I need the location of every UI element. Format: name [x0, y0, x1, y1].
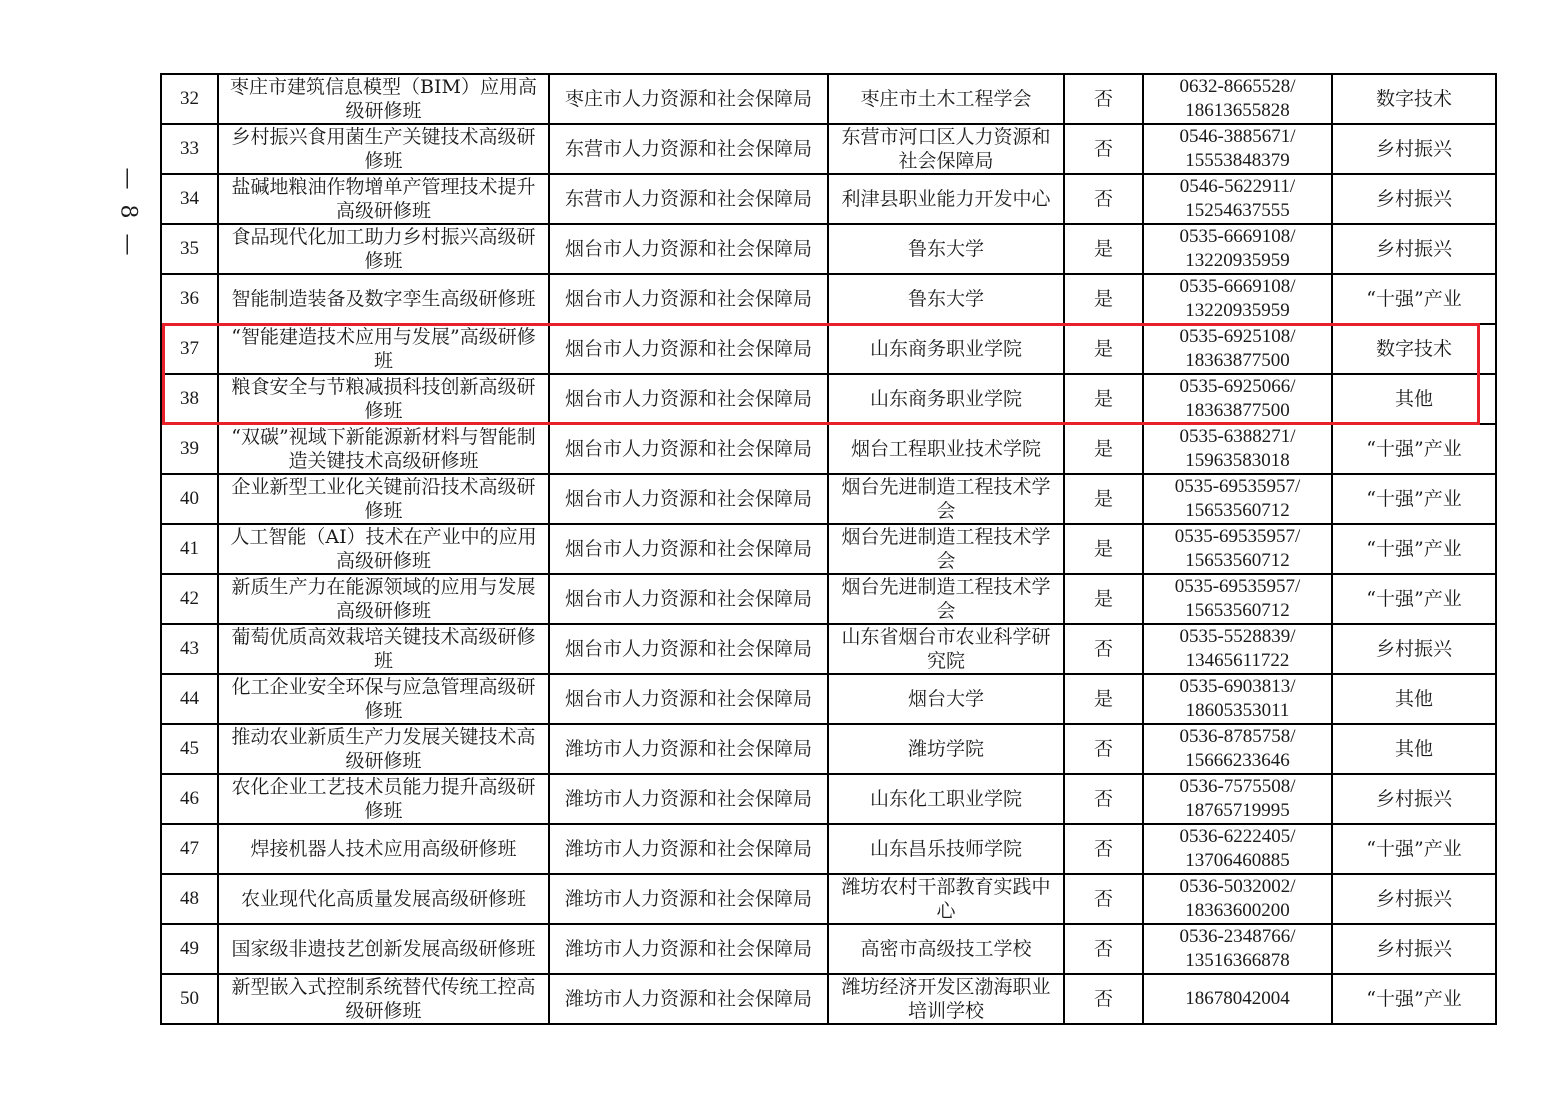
organizer-cell: 枣庄市人力资源和社会保障局	[549, 74, 828, 124]
organizer-cell: 烟台市人力资源和社会保障局	[549, 224, 828, 274]
class-name-cell: 新质生产力在能源领域的应用与发展高级研修班	[218, 574, 549, 624]
class-name-cell: 粮食安全与节粮减损科技创新高级研修班	[218, 374, 549, 424]
table-row: 50新型嵌入式控制系统替代传统工控高级研修班潍坊市人力资源和社会保障局潍坊经济开…	[161, 974, 1496, 1024]
host-unit-cell: 潍坊经济开发区渤海职业培训学校	[828, 974, 1064, 1024]
table-row: 34盐碱地粮油作物增单产管理技术提升高级研修班东营市人力资源和社会保障局利津县职…	[161, 174, 1496, 224]
host-unit-cell: 东营市河口区人力资源和社会保障局	[828, 124, 1064, 174]
organizer-cell: 烟台市人力资源和社会保障局	[549, 674, 828, 724]
contact-phone-cell: 0535-5528839/ 13465611722	[1143, 624, 1332, 674]
flag-cell: 是	[1064, 574, 1143, 624]
category-cell: 数字技术	[1332, 324, 1496, 374]
contact-phone-cell: 0546-5622911/ 15254637555	[1143, 174, 1332, 224]
category-cell: “十强”产业	[1332, 474, 1496, 524]
host-unit-cell: 山东昌乐技师学院	[828, 824, 1064, 874]
organizer-cell: 烟台市人力资源和社会保障局	[549, 624, 828, 674]
class-name-cell: “双碳”视域下新能源新材料与智能制造关键技术高级研修班	[218, 424, 549, 474]
class-name-cell: 枣庄市建筑信息模型（BIM）应用高级研修班	[218, 74, 549, 124]
row-number-cell: 44	[161, 674, 218, 724]
class-name-cell: 乡村振兴食用菌生产关键技术高级研修班	[218, 124, 549, 174]
category-cell: 乡村振兴	[1332, 924, 1496, 974]
contact-phone-cell: 0535-6925066/ 18363877500	[1143, 374, 1332, 424]
contact-phone-cell: 0535-6388271/ 15963583018	[1143, 424, 1332, 474]
table-row: 47焊接机器人技术应用高级研修班潍坊市人力资源和社会保障局山东昌乐技师学院否05…	[161, 824, 1496, 874]
organizer-cell: 东营市人力资源和社会保障局	[549, 174, 828, 224]
flag-cell: 是	[1064, 274, 1143, 324]
class-name-cell: 新型嵌入式控制系统替代传统工控高级研修班	[218, 974, 549, 1024]
host-unit-cell: 枣庄市土木工程学会	[828, 74, 1064, 124]
organizer-cell: 潍坊市人力资源和社会保障局	[549, 874, 828, 924]
class-name-cell: 食品现代化加工助力乡村振兴高级研修班	[218, 224, 549, 274]
organizer-cell: 烟台市人力资源和社会保障局	[549, 424, 828, 474]
flag-cell: 是	[1064, 374, 1143, 424]
row-number-cell: 41	[161, 524, 218, 574]
host-unit-cell: 鲁东大学	[828, 274, 1064, 324]
contact-phone-cell: 0536-7575508/ 18765719995	[1143, 774, 1332, 824]
category-cell: 其他	[1332, 374, 1496, 424]
organizer-cell: 东营市人力资源和社会保障局	[549, 124, 828, 174]
contact-phone-cell: 0535-6669108/ 13220935959	[1143, 274, 1332, 324]
row-number-cell: 39	[161, 424, 218, 474]
table-row: 35食品现代化加工助力乡村振兴高级研修班烟台市人力资源和社会保障局鲁东大学是05…	[161, 224, 1496, 274]
row-number-cell: 45	[161, 724, 218, 774]
class-name-cell: 人工智能（AI）技术在产业中的应用高级研修班	[218, 524, 549, 574]
row-number-cell: 36	[161, 274, 218, 324]
contact-phone-cell: 0535-69535957/ 15653560712	[1143, 574, 1332, 624]
row-number-cell: 50	[161, 974, 218, 1024]
table-row: 43葡萄优质高效栽培关键技术高级研修班烟台市人力资源和社会保障局山东省烟台市农业…	[161, 624, 1496, 674]
flag-cell: 否	[1064, 624, 1143, 674]
class-name-cell: 盐碱地粮油作物增单产管理技术提升高级研修班	[218, 174, 549, 224]
organizer-cell: 潍坊市人力资源和社会保障局	[549, 774, 828, 824]
class-name-cell: 农业现代化高质量发展高级研修班	[218, 874, 549, 924]
table-row: 48农业现代化高质量发展高级研修班潍坊市人力资源和社会保障局潍坊农村干部教育实践…	[161, 874, 1496, 924]
flag-cell: 是	[1064, 674, 1143, 724]
contact-phone-cell: 0546-3885671/ 15553848379	[1143, 124, 1332, 174]
host-unit-cell: 烟台大学	[828, 674, 1064, 724]
organizer-cell: 潍坊市人力资源和社会保障局	[549, 974, 828, 1024]
contact-phone-cell: 0536-6222405/ 13706460885	[1143, 824, 1332, 874]
table-row: 45推动农业新质生产力发展关键技术高级研修班潍坊市人力资源和社会保障局潍坊学院否…	[161, 724, 1496, 774]
organizer-cell: 烟台市人力资源和社会保障局	[549, 474, 828, 524]
host-unit-cell: 潍坊农村干部教育实践中心	[828, 874, 1064, 924]
host-unit-cell: 烟台先进制造工程技术学会	[828, 574, 1064, 624]
contact-phone-cell: 0536-5032002/ 18363600200	[1143, 874, 1332, 924]
contact-phone-cell: 18678042004	[1143, 974, 1332, 1024]
table-row: 38粮食安全与节粮减损科技创新高级研修班烟台市人力资源和社会保障局山东商务职业学…	[161, 374, 1496, 424]
flag-cell: 是	[1064, 474, 1143, 524]
row-number-cell: 42	[161, 574, 218, 624]
flag-cell: 否	[1064, 774, 1143, 824]
contact-phone-cell: 0535-6669108/ 13220935959	[1143, 224, 1332, 274]
flag-cell: 是	[1064, 524, 1143, 574]
host-unit-cell: 山东商务职业学院	[828, 324, 1064, 374]
contact-phone-cell: 0535-6903813/ 18605353011	[1143, 674, 1332, 724]
flag-cell: 是	[1064, 324, 1143, 374]
flag-cell: 否	[1064, 724, 1143, 774]
flag-cell: 否	[1064, 124, 1143, 174]
row-number-cell: 33	[161, 124, 218, 174]
row-number-cell: 43	[161, 624, 218, 674]
table-row: 39“双碳”视域下新能源新材料与智能制造关键技术高级研修班烟台市人力资源和社会保…	[161, 424, 1496, 474]
organizer-cell: 潍坊市人力资源和社会保障局	[549, 924, 828, 974]
host-unit-cell: 鲁东大学	[828, 224, 1064, 274]
category-cell: 乡村振兴	[1332, 224, 1496, 274]
table-row: 49国家级非遗技艺创新发展高级研修班潍坊市人力资源和社会保障局高密市高级技工学校…	[161, 924, 1496, 974]
class-name-cell: 农化企业工艺技术员能力提升高级研修班	[218, 774, 549, 824]
flag-cell: 否	[1064, 874, 1143, 924]
table-row: 44化工企业安全环保与应急管理高级研修班烟台市人力资源和社会保障局烟台大学是05…	[161, 674, 1496, 724]
table-body: 32枣庄市建筑信息模型（BIM）应用高级研修班枣庄市人力资源和社会保障局枣庄市土…	[161, 74, 1496, 1024]
host-unit-cell: 烟台先进制造工程技术学会	[828, 474, 1064, 524]
category-cell: 乡村振兴	[1332, 124, 1496, 174]
category-cell: “十强”产业	[1332, 574, 1496, 624]
table-row: 46农化企业工艺技术员能力提升高级研修班潍坊市人力资源和社会保障局山东化工职业学…	[161, 774, 1496, 824]
flag-cell: 否	[1064, 174, 1143, 224]
class-name-cell: 焊接机器人技术应用高级研修班	[218, 824, 549, 874]
host-unit-cell: 高密市高级技工学校	[828, 924, 1064, 974]
class-name-cell: 化工企业安全环保与应急管理高级研修班	[218, 674, 549, 724]
page-number-text: — 8 —	[116, 167, 141, 259]
flag-cell: 否	[1064, 824, 1143, 874]
row-number-cell: 46	[161, 774, 218, 824]
table-row: 42新质生产力在能源领域的应用与发展高级研修班烟台市人力资源和社会保障局烟台先进…	[161, 574, 1496, 624]
class-name-cell: 葡萄优质高效栽培关键技术高级研修班	[218, 624, 549, 674]
contact-phone-cell: 0535-6925108/ 18363877500	[1143, 324, 1332, 374]
flag-cell: 否	[1064, 74, 1143, 124]
organizer-cell: 烟台市人力资源和社会保障局	[549, 274, 828, 324]
table-row: 41人工智能（AI）技术在产业中的应用高级研修班烟台市人力资源和社会保障局烟台先…	[161, 524, 1496, 574]
row-number-cell: 37	[161, 324, 218, 374]
category-cell: 乡村振兴	[1332, 174, 1496, 224]
training-class-table: 32枣庄市建筑信息模型（BIM）应用高级研修班枣庄市人力资源和社会保障局枣庄市土…	[160, 73, 1497, 1025]
contact-phone-cell: 0536-8785758/ 15666233646	[1143, 724, 1332, 774]
organizer-cell: 潍坊市人力资源和社会保障局	[549, 724, 828, 774]
host-unit-cell: 山东化工职业学院	[828, 774, 1064, 824]
row-number-cell: 38	[161, 374, 218, 424]
flag-cell: 是	[1064, 424, 1143, 474]
flag-cell: 否	[1064, 924, 1143, 974]
class-name-cell: “智能建造技术应用与发展”高级研修班	[218, 324, 549, 374]
host-unit-cell: 烟台先进制造工程技术学会	[828, 524, 1064, 574]
row-number-cell: 40	[161, 474, 218, 524]
row-number-cell: 47	[161, 824, 218, 874]
row-number-cell: 35	[161, 224, 218, 274]
category-cell: 数字技术	[1332, 74, 1496, 124]
category-cell: “十强”产业	[1332, 524, 1496, 574]
table-row: 37“智能建造技术应用与发展”高级研修班烟台市人力资源和社会保障局山东商务职业学…	[161, 324, 1496, 374]
class-name-cell: 企业新型工业化关键前沿技术高级研修班	[218, 474, 549, 524]
page-number: — 8 —	[108, 168, 148, 258]
host-unit-cell: 山东商务职业学院	[828, 374, 1064, 424]
category-cell: 乡村振兴	[1332, 774, 1496, 824]
organizer-cell: 烟台市人力资源和社会保障局	[549, 574, 828, 624]
row-number-cell: 34	[161, 174, 218, 224]
flag-cell: 否	[1064, 974, 1143, 1024]
category-cell: 乡村振兴	[1332, 874, 1496, 924]
category-cell: “十强”产业	[1332, 424, 1496, 474]
host-unit-cell: 利津县职业能力开发中心	[828, 174, 1064, 224]
table-row: 40企业新型工业化关键前沿技术高级研修班烟台市人力资源和社会保障局烟台先进制造工…	[161, 474, 1496, 524]
category-cell: 乡村振兴	[1332, 624, 1496, 674]
row-number-cell: 49	[161, 924, 218, 974]
host-unit-cell: 烟台工程职业技术学院	[828, 424, 1064, 474]
table-row: 32枣庄市建筑信息模型（BIM）应用高级研修班枣庄市人力资源和社会保障局枣庄市土…	[161, 74, 1496, 124]
row-number-cell: 32	[161, 74, 218, 124]
flag-cell: 是	[1064, 224, 1143, 274]
category-cell: “十强”产业	[1332, 974, 1496, 1024]
class-name-cell: 智能制造装备及数字孪生高级研修班	[218, 274, 549, 324]
organizer-cell: 烟台市人力资源和社会保障局	[549, 524, 828, 574]
category-cell: “十强”产业	[1332, 824, 1496, 874]
class-name-cell: 推动农业新质生产力发展关键技术高级研修班	[218, 724, 549, 774]
contact-phone-cell: 0632-8665528/ 18613655828	[1143, 74, 1332, 124]
organizer-cell: 潍坊市人力资源和社会保障局	[549, 824, 828, 874]
class-name-cell: 国家级非遗技艺创新发展高级研修班	[218, 924, 549, 974]
table-row: 36智能制造装备及数字孪生高级研修班烟台市人力资源和社会保障局鲁东大学是0535…	[161, 274, 1496, 324]
table-row: 33乡村振兴食用菌生产关键技术高级研修班东营市人力资源和社会保障局东营市河口区人…	[161, 124, 1496, 174]
category-cell: “十强”产业	[1332, 274, 1496, 324]
contact-phone-cell: 0536-2348766/ 13516366878	[1143, 924, 1332, 974]
contact-phone-cell: 0535-69535957/ 15653560712	[1143, 474, 1332, 524]
host-unit-cell: 山东省烟台市农业科学研究院	[828, 624, 1064, 674]
organizer-cell: 烟台市人力资源和社会保障局	[549, 374, 828, 424]
contact-phone-cell: 0535-69535957/ 15653560712	[1143, 524, 1332, 574]
organizer-cell: 烟台市人力资源和社会保障局	[549, 324, 828, 374]
host-unit-cell: 潍坊学院	[828, 724, 1064, 774]
category-cell: 其他	[1332, 674, 1496, 724]
row-number-cell: 48	[161, 874, 218, 924]
category-cell: 其他	[1332, 724, 1496, 774]
